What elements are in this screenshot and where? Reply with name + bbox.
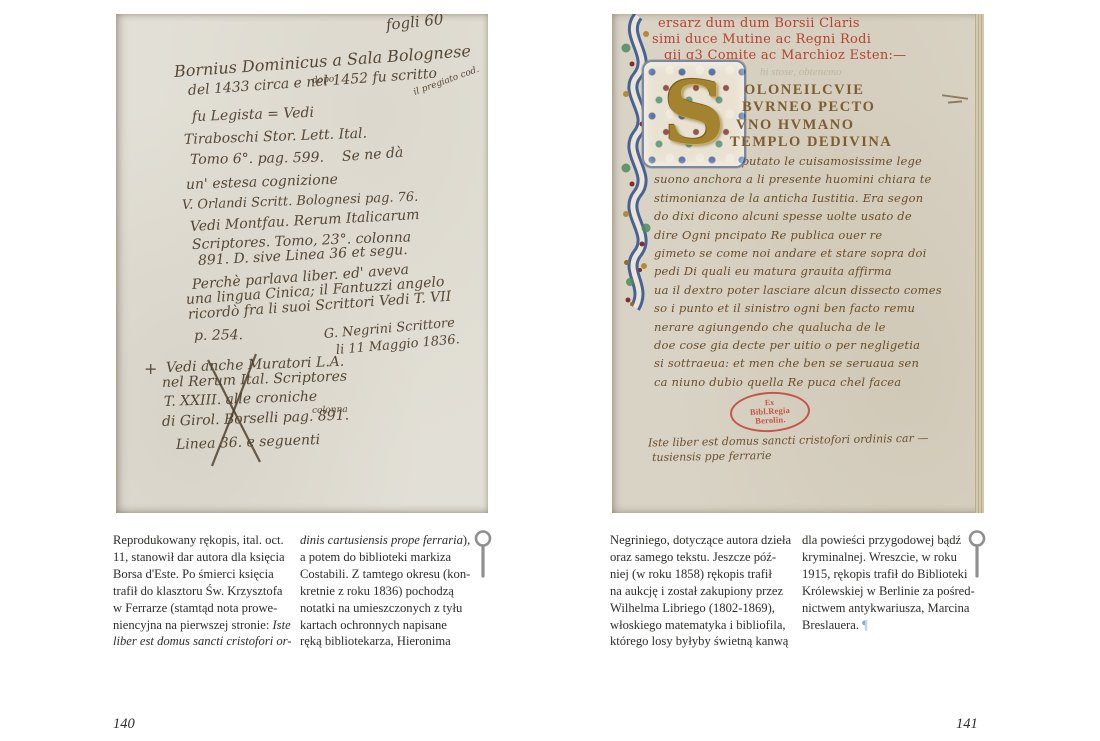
handwriting-line: +: [144, 359, 157, 378]
text-line: ręką bibliotekarza, Hieronima: [300, 633, 484, 650]
manuscript-body-line: pedi Di quali eu matura grauita affirma: [654, 264, 892, 278]
text-line: oraz samego tekstu. Jeszcze póź-: [610, 549, 802, 566]
manuscript-body-line: si sottraeua: et men che ben se seruaua …: [654, 356, 919, 370]
manuscript-body-line: do dixi dicono alcuni spesse uolte usato…: [654, 209, 912, 223]
pilcrow-mark: ¶: [862, 618, 868, 632]
text-segment: Costabili. Z tamtego okresu (kon-: [300, 567, 470, 581]
text-segment: a potem do biblioteki markiza: [300, 550, 451, 564]
provenance-note-line: tusiensis ppe ferrarie: [652, 449, 772, 464]
handwriting-line: Tomo 6°. pag. 599.: [190, 150, 324, 168]
text-segment: w Ferrarze (stamtąd nota prowe-: [113, 601, 277, 615]
manuscript-body-line: ua il dextro poter lasciare alcun dissec…: [654, 283, 942, 297]
manuscript-photo-right: S ersarz dum dum Borsii Clarissimi duce …: [612, 14, 984, 513]
text-segment: kartach ochronnych napisane: [300, 618, 447, 632]
text-segment: Borsa d'Este. Po śmierci księcia: [113, 567, 274, 581]
text-line: Costabili. Z tamtego okresu (kon-: [300, 566, 484, 583]
page-number-left: 140: [113, 716, 135, 733]
page-number-right: 141: [956, 716, 978, 733]
manuscript-body-line: suono anchora a li presente huomini chia…: [654, 172, 932, 186]
provenance-note-line: Iste liber est domus sancti cristofori o…: [648, 432, 928, 450]
text-segment: niej (w roku 1858) rękopis trafił: [610, 567, 772, 581]
text-line: w Ferrarze (stamtąd nota prowe-: [113, 600, 297, 617]
text-segment: włoskiego matematyka i bibliofila,: [610, 618, 786, 632]
text-segment: dinis cartusiensis prope ferraria: [300, 533, 463, 547]
text-segment: trafił do klasztoru Św. Krzysztofa: [113, 584, 283, 598]
text-segment: kretnie z roku 1836) pochodzą: [300, 584, 454, 598]
text-line: włoskiego matematyka i bibliofila,: [610, 617, 802, 634]
text-line: 11, stanowił dar autora dla księcia: [113, 549, 297, 566]
initial-letter-icon: S: [644, 62, 744, 166]
text-line: którego losy byłyby świetną kanwą: [610, 633, 802, 650]
text-line: kretnie z roku 1836) pochodzą: [300, 583, 484, 600]
crossed-out-mark: [200, 352, 270, 470]
text-segment: dla powieści przygodowej bądź: [802, 533, 961, 547]
text-line: kryminalnej. Wreszcie, w roku: [802, 549, 988, 566]
library-stamp: Ex Bibl.Regia Berolin.: [729, 390, 811, 434]
manuscript-body-line: doe cose gia decte per uitio o per negli…: [654, 338, 920, 352]
text-column-4: dla powieści przygodowej bądźkryminalnej…: [802, 532, 988, 633]
handwriting-line: un' estesa cognizione: [186, 172, 338, 193]
text-segment: nictwem antykwariusza, Marcina: [802, 601, 970, 615]
illuminated-initial-block: S: [642, 60, 746, 168]
text-segment: liber est domus sancti cristofori or-: [113, 634, 292, 648]
text-line: Breslauera. ¶: [802, 617, 988, 634]
text-line: Borsa d'Este. Po śmierci księcia: [113, 566, 297, 583]
ink-dot: [630, 302, 634, 306]
text-segment: Reprodukowany rękopis, ital. oct.: [113, 533, 284, 547]
text-segment: kryminalnej. Wreszcie, w roku: [802, 550, 957, 564]
display-capitals-line: OLONEILCVIE: [744, 82, 864, 99]
pin-icon: [471, 529, 495, 579]
text-column-2: dinis cartusiensis prope ferraria),a pot…: [300, 532, 484, 650]
book-spread: fogli 60Bornius Dominicus a Sala Bologne…: [0, 0, 1100, 741]
text-segment: na aukcję i został zakupiony przez: [610, 584, 783, 598]
text-line: 1915, rękopis trafił do Biblioteki: [802, 566, 988, 583]
manuscript-photo-left: fogli 60Bornius Dominicus a Sala Bologne…: [116, 14, 488, 513]
handwriting-line: Tiraboschi Stor. Lett. Ital.: [184, 126, 368, 148]
text-segment: Wilhelma Libriego (1802-1869),: [610, 601, 775, 615]
text-line: dinis cartusiensis prope ferraria),: [300, 532, 484, 549]
text-segment: Negriniego, dotyczące autora dzieła: [610, 533, 791, 547]
text-line: dla powieści przygodowej bądź: [802, 532, 988, 549]
text-column-3: Negriniego, dotyczące autora dziełaoraz …: [610, 532, 802, 650]
display-capitals-line: VNO HVMANO: [736, 117, 855, 134]
text-line: niej (w roku 1858) rękopis trafił: [610, 566, 802, 583]
handwriting-line: fu Legista = Vedi: [192, 105, 314, 125]
text-line: Reprodukowany rękopis, ital. oct.: [113, 532, 297, 549]
ink-scribble: [948, 100, 962, 103]
text-line: trafił do klasztoru Św. Krzysztofa: [113, 583, 297, 600]
text-line: Negriniego, dotyczące autora dzieła: [610, 532, 802, 549]
manuscript-body-line: so i punto et il sinistro ogni ben facto…: [654, 301, 915, 315]
text-segment: ),: [463, 533, 470, 547]
handwriting-line: Se ne dà: [341, 145, 403, 165]
manuscript-body-line: ca niuno dubio quella Re puca chel facea: [654, 375, 901, 389]
text-line: notatki na umieszczonych z tyłu: [300, 600, 484, 617]
handwriting-line: p. 254.: [194, 327, 243, 344]
ink-dot: [638, 268, 642, 272]
manuscript-body-line: nerare agiungendo che qualucha de le: [654, 320, 886, 334]
text-line: kartach ochronnych napisane: [300, 617, 484, 634]
rubric-line: simi duce Mutine ac Regni Rodi: [652, 32, 871, 47]
text-segment: Królewskiej w Berlinie za pośred-: [802, 584, 975, 598]
text-line: liber est domus sancti cristofori or-: [113, 633, 297, 650]
text-segment: Breslauera.: [802, 618, 862, 632]
text-line: a potem do biblioteki markiza: [300, 549, 484, 566]
text-segment: Iste: [272, 618, 290, 632]
handwriting-line: fogli 60: [385, 14, 444, 34]
pin-icon: [965, 529, 989, 579]
rubric-line: ersarz dum dum Borsii Claris: [658, 16, 860, 31]
text-line: niencyjna na pierwszej stronie: Iste: [113, 617, 297, 634]
text-line: na aukcję i został zakupiony przez: [610, 583, 802, 600]
text-segment: oraz samego tekstu. Jeszcze póź-: [610, 550, 776, 564]
text-line: Królewskiej w Berlinie za pośred-: [802, 583, 988, 600]
text-column-1: Reprodukowany rękopis, ital. oct.11, sta…: [113, 532, 297, 650]
stamp-line: Berolin.: [755, 415, 786, 426]
display-capitals-line: BVRNEO PECTO: [742, 99, 875, 116]
ink-scribble: [942, 94, 968, 100]
faded-line: hi stose, obtenemo: [760, 66, 842, 78]
manuscript-body-line: stimonianza de la anticha Iustitia. Era …: [654, 191, 923, 205]
manuscript-body-line: dire Ogni pncipato Re publica ouer re: [654, 228, 882, 242]
display-capitals-line: TEMPLO DEDIVINA: [730, 134, 892, 151]
text-segment: ręką bibliotekarza, Hieronima: [300, 634, 451, 648]
text-line: nictwem antykwariusza, Marcina: [802, 600, 988, 617]
text-segment: którego losy byłyby świetną kanwą: [610, 634, 788, 648]
manuscript-body-line: gimeto se come noi andare et stare sopra…: [654, 246, 927, 260]
ink-dot: [624, 260, 629, 265]
text-segment: niencyjna na pierwszej stronie:: [113, 618, 272, 632]
text-segment: 11, stanowił dar autora dla księcia: [113, 550, 285, 564]
text-segment: 1915, rękopis trafił do Biblioteki: [802, 567, 967, 581]
text-line: Wilhelma Libriego (1802-1869),: [610, 600, 802, 617]
text-segment: notatki na umieszczonych z tyłu: [300, 601, 462, 615]
